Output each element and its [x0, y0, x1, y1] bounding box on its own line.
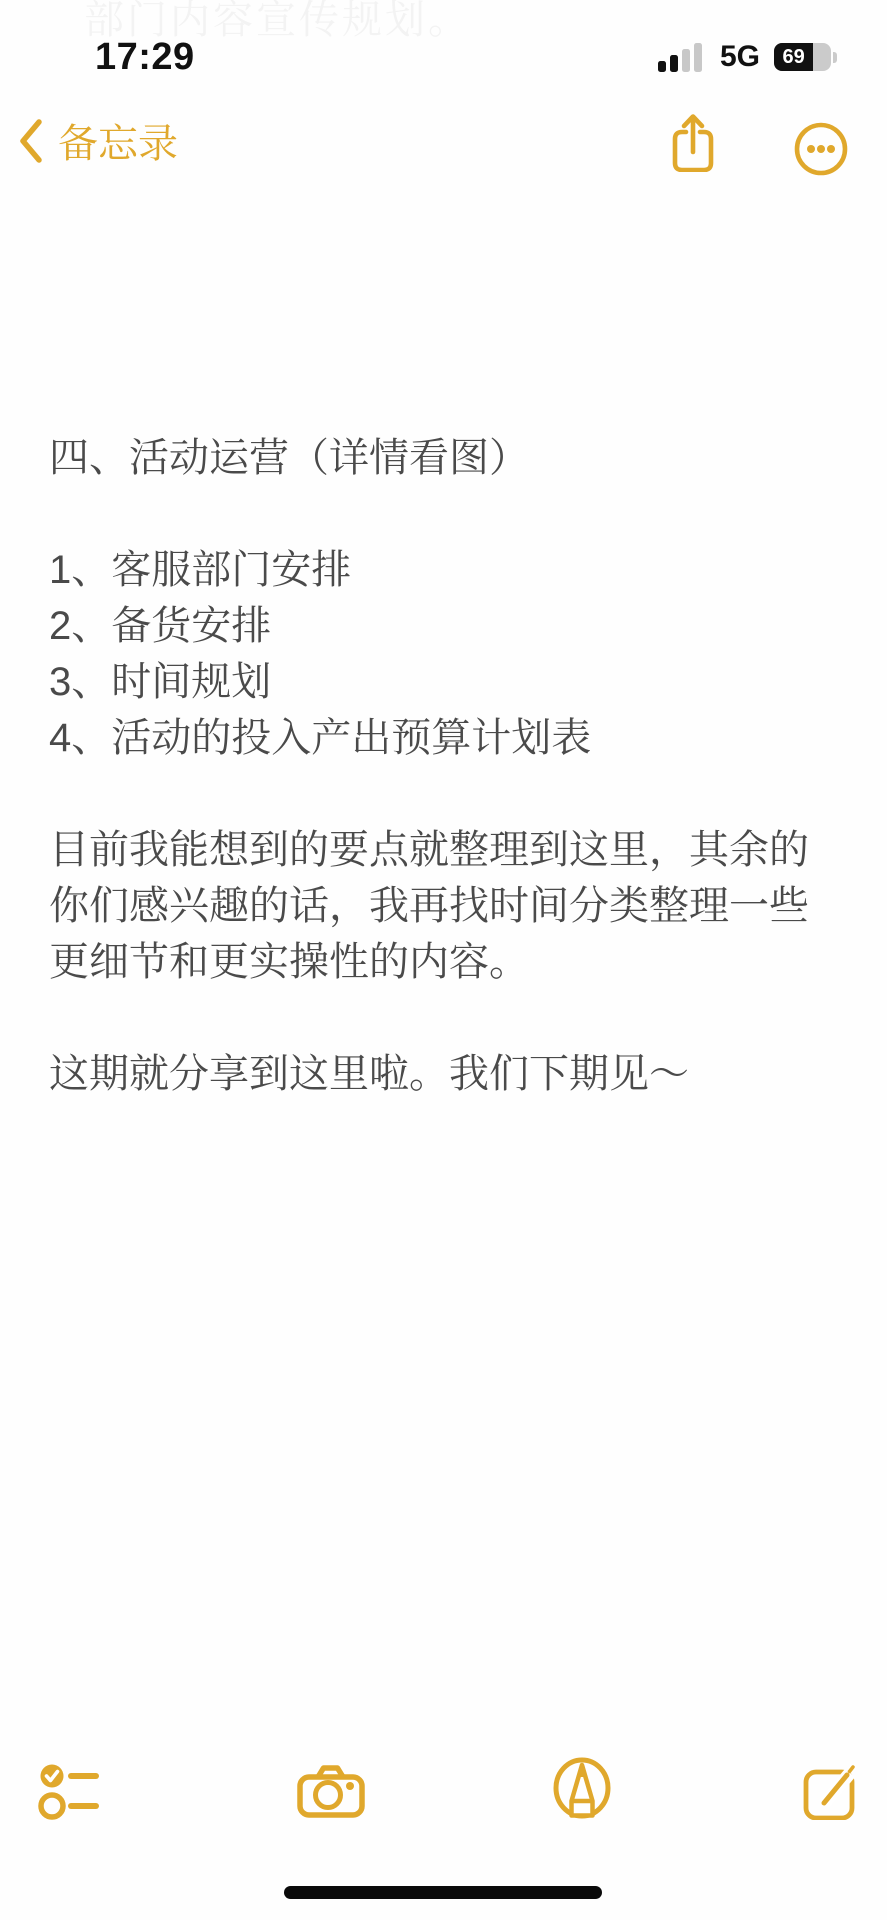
notes-app-screen: 部门内容宣传规划。 17:29 5G 69 备忘录 [0, 0, 887, 1920]
note-blank-line [49, 486, 857, 542]
note-closing-line: 这期就分享到这里啦。我们下期见～ [49, 1046, 857, 1102]
network-type-label: 5G [720, 40, 760, 74]
signal-strength-icon [658, 42, 706, 72]
note-list-item: 4、活动的投入产出预算计划表 [49, 710, 857, 766]
note-paragraph-line: 你们感兴趣的话，我再找时间分类整理一些 [49, 878, 857, 934]
note-paragraph-line: 目前我能想到的要点就整理到这里，其余的 [49, 822, 857, 878]
camera-icon [297, 1762, 365, 1820]
checklist-button[interactable] [38, 1760, 104, 1822]
battery-nub [833, 52, 837, 63]
status-indicators: 5G 69 [658, 40, 837, 74]
battery-percent: 69 [774, 43, 813, 71]
share-icon [670, 112, 716, 172]
note-blank-line [49, 990, 857, 1046]
note-blank-line [49, 766, 857, 822]
home-indicator[interactable] [284, 1886, 602, 1899]
ellipsis-circle-icon [794, 122, 848, 176]
note-paragraph-line: 更细节和更实操性的内容。 [49, 934, 857, 990]
back-button-label: 备忘录 [58, 112, 178, 169]
note-list-item: 1、客服部门安排 [49, 542, 857, 598]
battery-icon: 69 [774, 43, 837, 71]
note-list-item: 2、备货安排 [49, 598, 857, 654]
camera-button[interactable] [297, 1762, 365, 1820]
back-to-notes-button[interactable]: 备忘录 [16, 112, 178, 169]
markup-button[interactable] [551, 1756, 613, 1820]
note-body[interactable]: 四、活动运营（详情看图） 1、客服部门安排 2、备货安排 3、时间规划 4、活动… [49, 430, 857, 1102]
chevron-left-icon [16, 117, 44, 165]
note-list-item: 3、时间规划 [49, 654, 857, 710]
share-button[interactable] [670, 112, 716, 172]
markup-pen-icon [551, 1756, 613, 1820]
more-options-button[interactable] [794, 122, 848, 176]
compose-button[interactable] [800, 1754, 864, 1820]
checklist-icon [38, 1760, 104, 1822]
compose-icon [800, 1754, 864, 1820]
status-time: 17:29 [95, 36, 195, 79]
note-heading: 四、活动运营（详情看图） [49, 430, 857, 486]
